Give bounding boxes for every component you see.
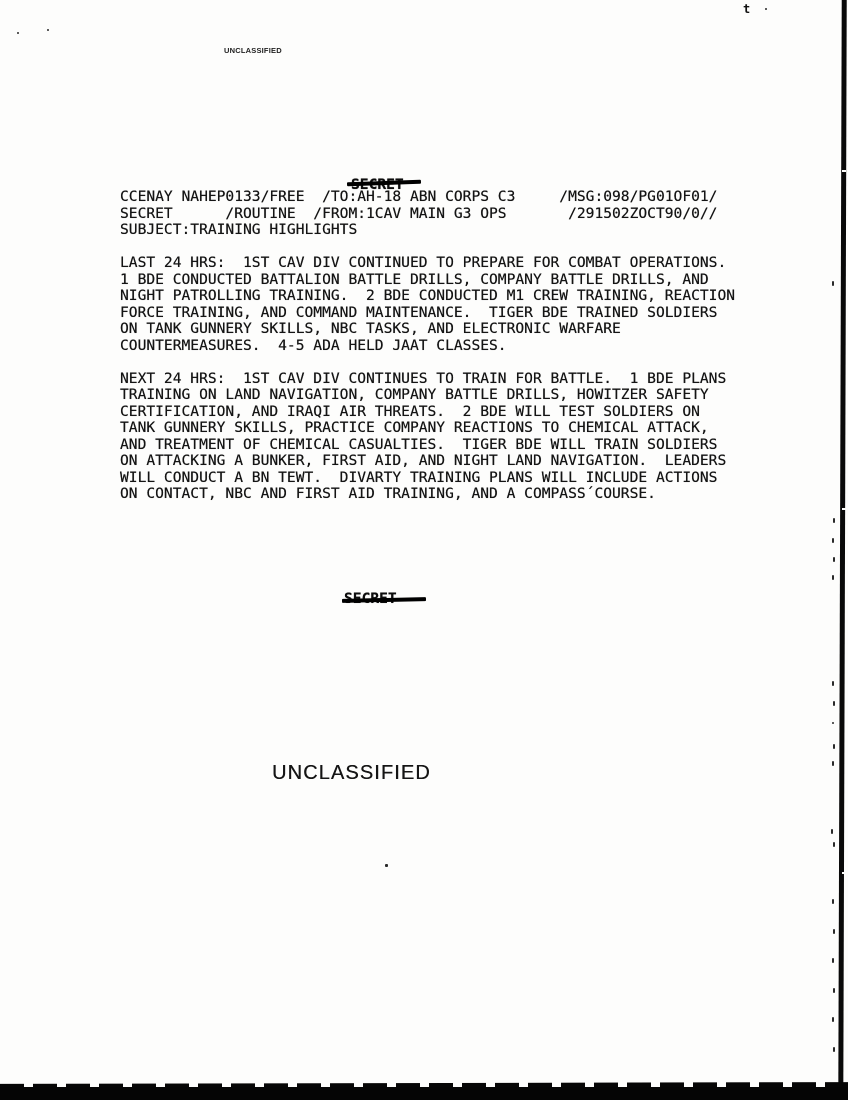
scan-bottom-bar — [0, 1087, 848, 1100]
scan-artifact-dot — [17, 32, 19, 34]
scan-edge-notch — [842, 508, 846, 510]
scan-edge-notch — [842, 872, 846, 874]
scan-artifact-dot — [832, 958, 834, 963]
scan-edge-notch — [842, 170, 846, 172]
scan-artifact-dot — [833, 842, 835, 847]
bottom-classification-marking: UNCLASSIFIED — [272, 762, 431, 785]
scan-artifact-dot — [832, 281, 834, 286]
scan-artifact-dot — [385, 864, 388, 867]
scanned-document-page: UNCLASSIFIED SECRET CCENAY NAHEP0133/FRE… — [0, 0, 848, 1100]
scan-artifact-dot — [831, 829, 833, 834]
scan-artifact-dot — [832, 575, 834, 580]
scan-artifact-glyph: t — [743, 2, 750, 16]
scan-artifact-dot — [832, 722, 834, 724]
scan-artifact-dot — [832, 1017, 834, 1022]
scan-artifact-dot — [832, 899, 834, 904]
struck-secret-marking-middle: SECRET — [344, 590, 397, 607]
scan-edge-strip — [838, 0, 846, 1100]
top-classification-marking: UNCLASSIFIED — [224, 46, 282, 55]
scan-artifact-dot — [833, 701, 835, 706]
scan-artifact-dot — [832, 681, 834, 686]
scan-artifact-dot — [832, 761, 834, 766]
scan-artifact-dot — [833, 557, 835, 562]
scan-artifact-dot — [833, 518, 835, 523]
scan-artifact-dot — [47, 29, 49, 31]
scan-artifact-dot — [833, 929, 835, 934]
scan-artifact-dot — [833, 1047, 835, 1052]
scan-artifact-dot — [765, 8, 767, 10]
message-body-text: CCENAY NAHEP0133/FREE /TO:AH-18 ABN CORP… — [120, 189, 735, 503]
scan-artifact-dot — [833, 988, 835, 993]
scan-artifact-dot — [833, 744, 835, 749]
scan-artifact-dot — [832, 538, 834, 543]
